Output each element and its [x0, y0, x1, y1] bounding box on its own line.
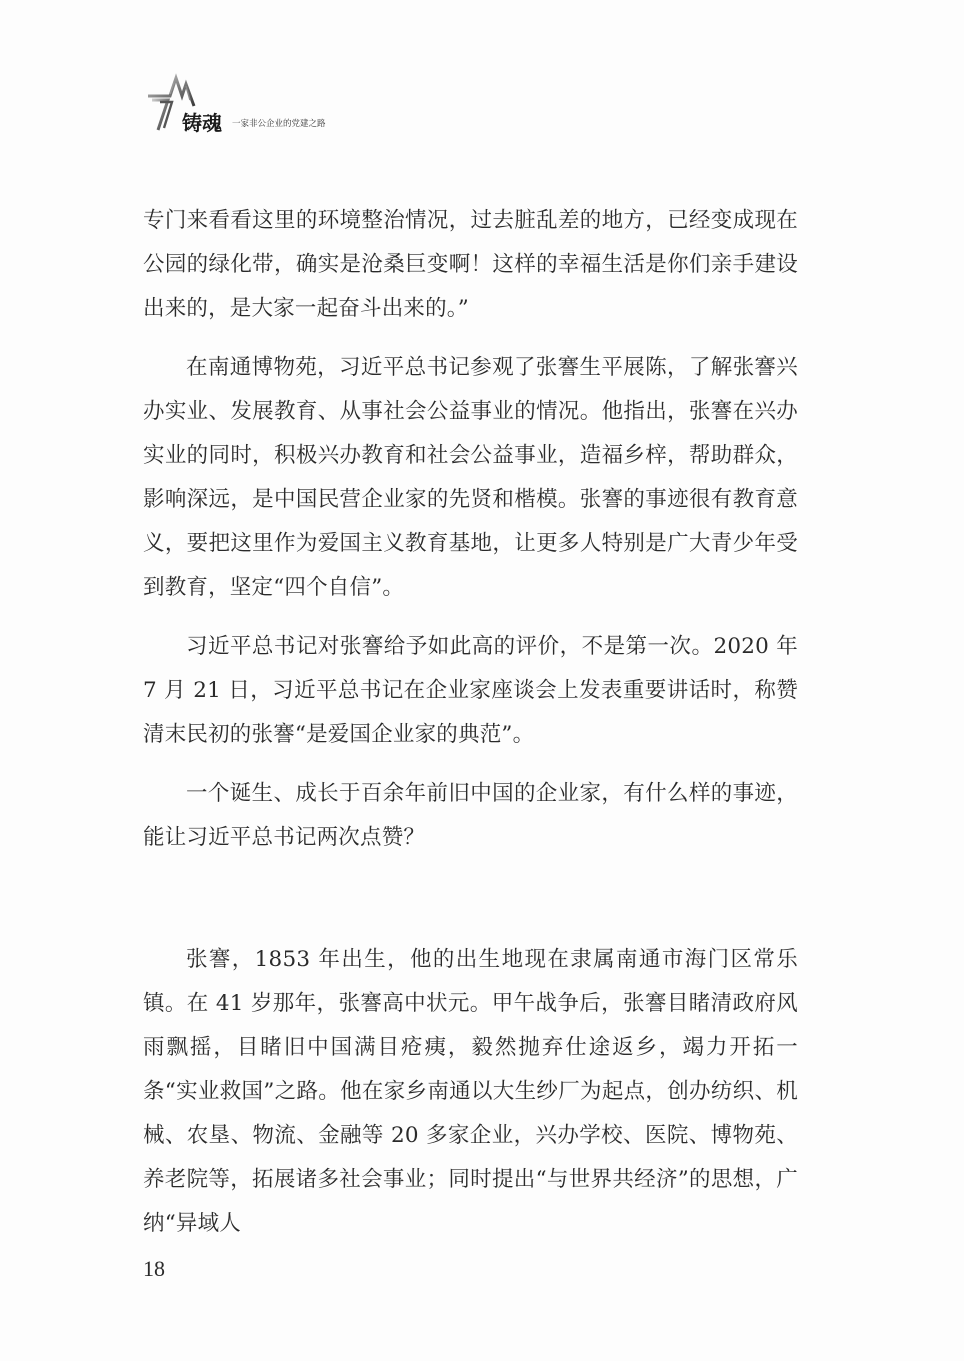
paragraph: 在南通博物苑，习近平总书记参观了张謇生平展陈，了解张謇兴办实业、发展教育、从事社…	[143, 346, 798, 610]
running-header: 铸魂 一家非公企业的党建之路	[146, 72, 406, 136]
body-text: 专门来看看这里的环境整治情况，过去脏乱差的地方，已经变成现在公园的绿化带，确实是…	[143, 199, 798, 1246]
book-subtitle: 一家非公企业的党建之路	[232, 118, 326, 130]
book-page: 铸魂 一家非公企业的党建之路 专门来看看这里的环境整治情况，过去脏乱差的地方，已…	[0, 0, 964, 1361]
paragraph: 专门来看看这里的环境整治情况，过去脏乱差的地方，已经变成现在公园的绿化带，确实是…	[143, 199, 798, 331]
paragraph: 一个诞生、成长于百余年前旧中国的企业家，有什么样的事迹，能让习近平总书记两次点赞…	[143, 772, 798, 860]
paragraph: 张謇，1853 年出生，他的出生地现在隶属南通市海门区常乐镇。在 41 岁那年，…	[143, 938, 798, 1246]
book-title: 铸魂	[182, 112, 222, 134]
page-number: 18	[143, 1256, 165, 1282]
paragraph: 习近平总书记对张謇给予如此高的评价，不是第一次。2020 年 7 月 21 日，…	[143, 625, 798, 757]
